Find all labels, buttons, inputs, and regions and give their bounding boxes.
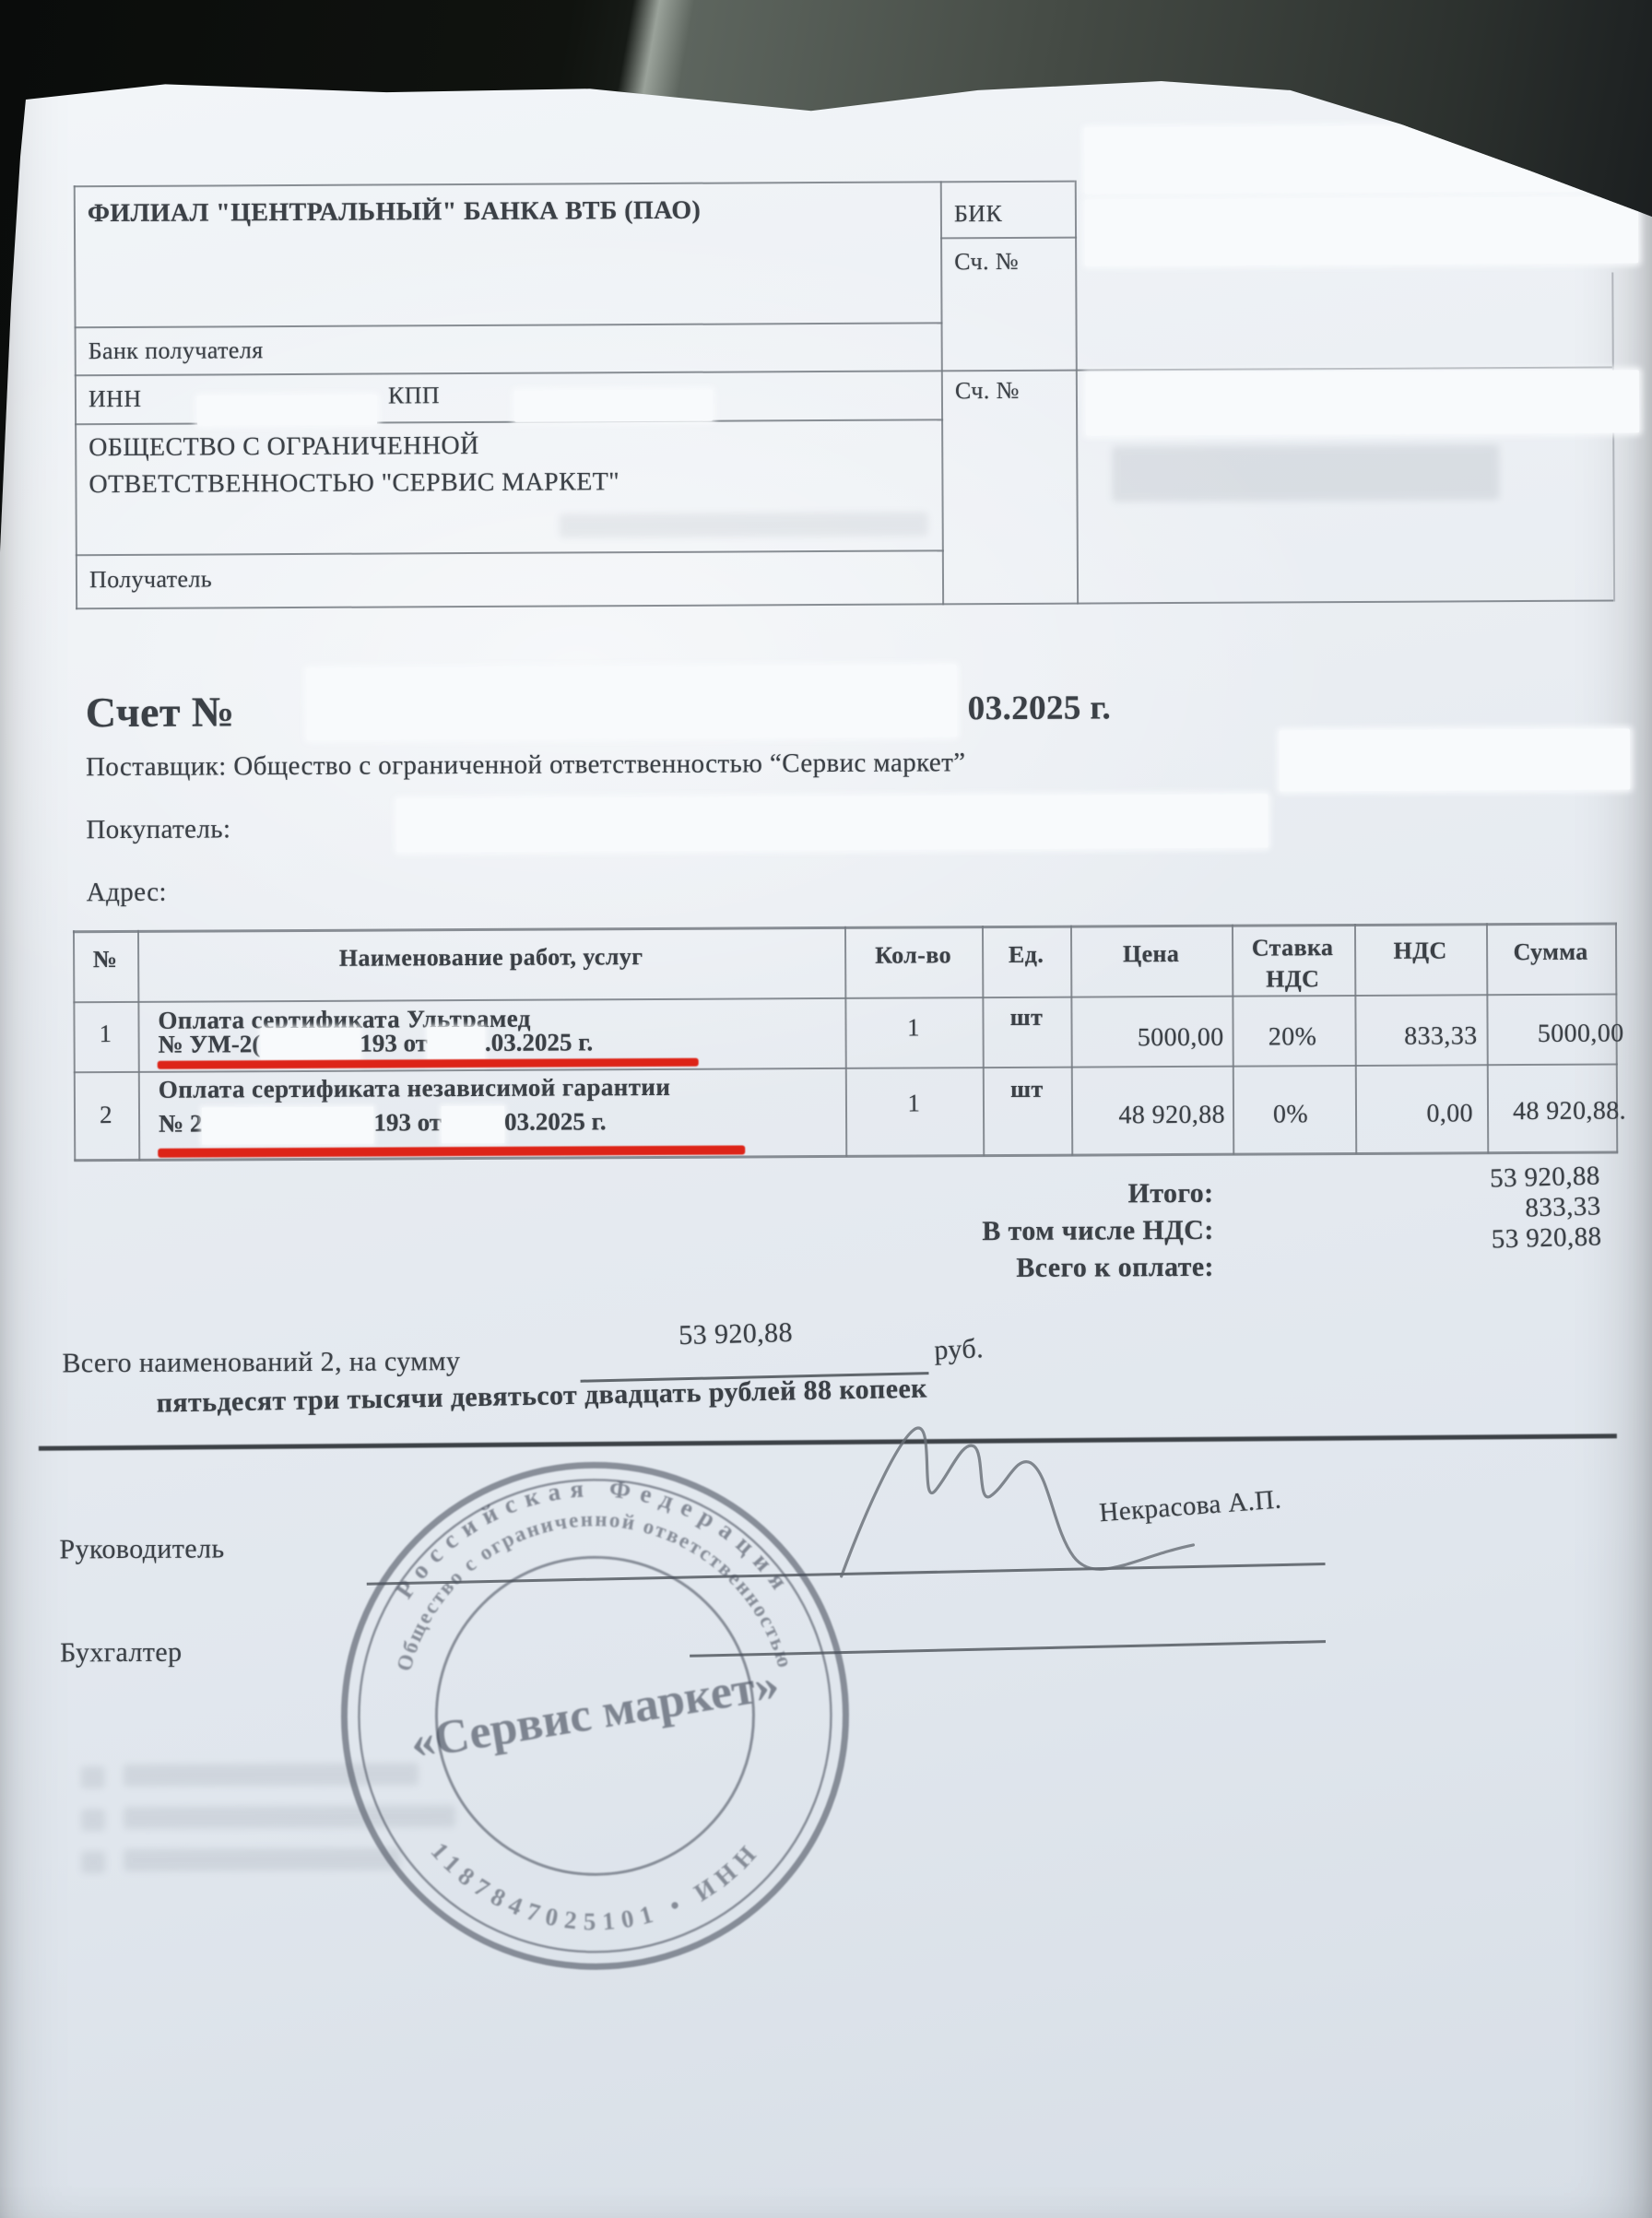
summary-amount-words: пятьдесят три тысячи девятьсот двадцать … xyxy=(156,1374,927,1420)
row2-num: 2 xyxy=(74,1101,138,1129)
redaction-row2-gap2 xyxy=(442,1106,504,1143)
invoice-paper: ФИЛИАЛ "ЦЕНТРАЛЬНЫЙ" БАНКА ВТБ (ПАО) Бан… xyxy=(0,0,1652,2218)
req-divider-2 xyxy=(1075,181,1079,605)
redaction-row2-gap1 xyxy=(202,1107,373,1145)
row1-price: 5000,00 xyxy=(1079,1023,1224,1054)
row2-cert-p2: 193 от xyxy=(373,1108,442,1137)
bleed-mark-1 xyxy=(81,1766,105,1788)
kpp-label: КПП xyxy=(388,382,440,409)
totals-total-label: Всего к оплате: xyxy=(753,1252,1214,1286)
col-header-sum: Сумма xyxy=(1486,938,1615,967)
company-line2: ОТВЕТСТВЕННОСТЬЮ "СЕРВИС МАРКЕТ" xyxy=(88,467,619,500)
row1-vat: 833,33 xyxy=(1344,1021,1478,1052)
req-border-left xyxy=(74,185,77,609)
totals-itogo-label: Итого: xyxy=(752,1178,1213,1212)
req-border-right xyxy=(1611,273,1615,602)
row2-cert-p1: № 2 xyxy=(159,1110,203,1138)
bleed-mark-3 xyxy=(81,1851,105,1873)
bleed-mark-2 xyxy=(81,1809,105,1831)
handwritten-signature xyxy=(832,1418,1229,1604)
totals-vat-label: В том числе НДС: xyxy=(753,1215,1214,1249)
buyer-label: Покупатель: xyxy=(86,814,230,845)
col-header-vat-rate: Ставка НДС xyxy=(1237,932,1348,996)
col-header-price: Цена xyxy=(1070,940,1232,969)
req-line-bik xyxy=(940,237,1077,240)
company-line1: ОБЩЕСТВО С ОГРАНИЧЕННОЙ xyxy=(88,431,479,463)
invoice-date: 03.2025 г. xyxy=(968,688,1112,728)
account2-label: Сч. № xyxy=(955,377,1020,405)
account-label: Сч. № xyxy=(954,248,1019,276)
row2-name: Оплата сертификата независимой гарантии xyxy=(159,1073,671,1104)
accountant-label: Бухгалтер xyxy=(60,1637,183,1669)
inn-label: ИНН xyxy=(88,385,142,413)
row2-sum: 48 920,88. xyxy=(1469,1096,1626,1127)
redaction-kpp-value xyxy=(514,390,713,422)
row1-cert-p3: .03.2025 г. xyxy=(485,1028,593,1057)
row1-num: 1 xyxy=(73,1020,137,1048)
bank-name: ФИЛИАЛ "ЦЕНТРАЛЬНЫЙ" БАНКА ВТБ (ПАО) xyxy=(88,196,701,229)
redaction-buyer-value xyxy=(396,794,1268,852)
req-line-bankbox xyxy=(75,322,943,328)
head-label: Руководитель xyxy=(59,1533,224,1565)
row1-qty: 1 xyxy=(844,1013,982,1043)
row1-vat-rate: 20% xyxy=(1240,1022,1346,1053)
row1-cert-p1: № УМ-2( xyxy=(159,1030,261,1059)
totals-total-value: 53 920,88 xyxy=(1410,1221,1602,1256)
totals-itogo-value: 53 920,88 xyxy=(1408,1161,1600,1196)
req-divider-1 xyxy=(940,181,944,605)
bleed-smudge-1 xyxy=(1112,444,1499,501)
redaction-bik-value xyxy=(1084,124,1637,194)
summary-amount: 53 920,88 xyxy=(678,1317,793,1351)
col-header-num: № xyxy=(73,946,137,973)
row2-price: 48 920,88 xyxy=(1073,1101,1225,1131)
recipient-label: Получатель xyxy=(89,565,212,594)
address-label: Адрес: xyxy=(87,878,167,908)
row2-unit: шт xyxy=(983,1076,1071,1104)
req-border-bottom xyxy=(76,600,1613,610)
row1-sum: 5000,00 xyxy=(1475,1019,1624,1049)
invoice-title: Счет № xyxy=(86,687,235,737)
row2-qty: 1 xyxy=(845,1089,983,1118)
col-header-unit: Ед. xyxy=(982,941,1070,970)
row2-cert-line: № 2 193 от 03.2025 г. xyxy=(159,1107,607,1145)
col-header-qty: Кол-во xyxy=(844,941,982,970)
summary-currency: руб. xyxy=(934,1333,985,1366)
company-stamp: Российская Федерация Общество с ограниче… xyxy=(317,1438,873,1994)
items-v5 xyxy=(1232,925,1234,1155)
totals-vat-value: 833,33 xyxy=(1409,1191,1601,1226)
photo-background: ФИЛИАЛ "ЦЕНТРАЛЬНЫЙ" БАНКА ВТБ (ПАО) Бан… xyxy=(0,0,1652,2218)
row2-vat-rate: 0% xyxy=(1240,1100,1341,1130)
col-header-vat: НДС xyxy=(1354,937,1486,965)
totals-values: 53 920,88 833,33 53 920,88 xyxy=(1408,1161,1602,1256)
req-line-company xyxy=(76,549,944,556)
invoice-content: ФИЛИАЛ "ЦЕНТРАЛЬНЫЙ" БАНКА ВТБ (ПАО) Бан… xyxy=(0,0,1652,2218)
redaction-invoice-number xyxy=(306,665,956,740)
col-header-name: Наименование работ, услуг xyxy=(137,942,844,973)
supplier-line: Поставщик: Общество с ограниченной ответ… xyxy=(86,748,966,783)
summary-count-line: Всего наименований 2, на сумму xyxy=(62,1346,460,1379)
bik-label: БИК xyxy=(954,200,1002,228)
bleed-smudge-2 xyxy=(560,512,928,537)
redaction-account2-value xyxy=(1086,370,1639,435)
row2-vat: 0,00 xyxy=(1344,1099,1473,1129)
redaction-supplier-extra xyxy=(1280,728,1630,791)
row1-cert-p2: 193 от xyxy=(360,1029,428,1057)
bank-label: Банк получателя xyxy=(88,336,264,365)
redaction-account-value xyxy=(1085,196,1638,265)
redaction-inn-value xyxy=(197,395,377,426)
stamp-center-text: «Сервис маркет» xyxy=(407,1658,783,1769)
req-border-top xyxy=(74,181,1075,188)
row2-cert-p3: 03.2025 г. xyxy=(504,1107,607,1137)
row1-unit: шт xyxy=(982,1004,1070,1032)
red-underline-row1 xyxy=(158,1058,699,1069)
